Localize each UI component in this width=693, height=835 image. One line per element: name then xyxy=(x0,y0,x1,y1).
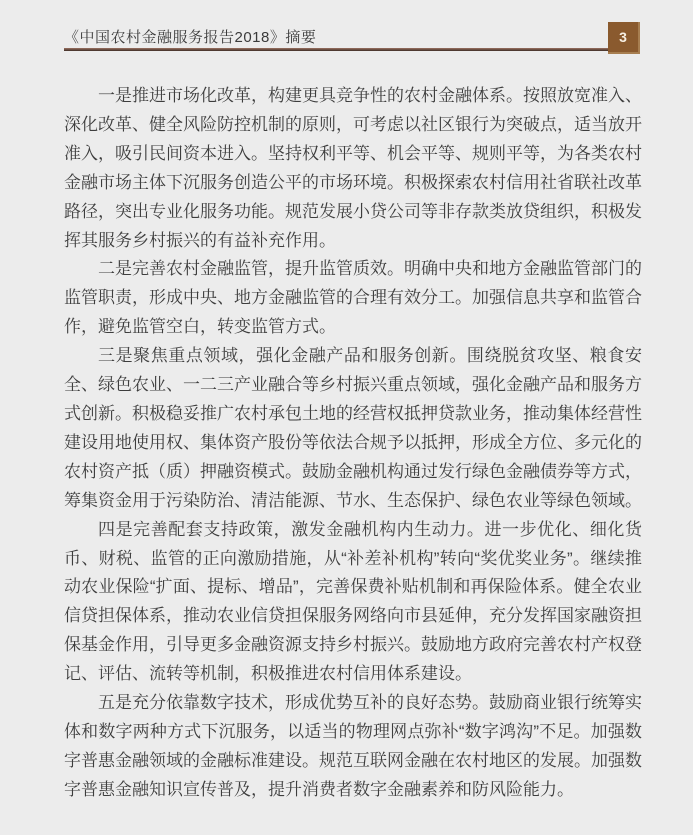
paragraph: 四是完善配套支持政策，激发金融机构内生动力。进一步优化、细化货币、财税、监管的正… xyxy=(64,516,642,689)
document-page: 《中国农村金融服务报告2018》摘要 3 一是推进市场化改革，构建更具竞争性的农… xyxy=(0,0,693,835)
paragraph: 一是推进市场化改革，构建更具竞争性的农村金融体系。按照放宽准入、深化改革、健全风… xyxy=(64,82,642,255)
paragraph: 五是充分依靠数字技术，形成优势互补的良好态势。鼓励商业银行统筹实体和数字两种方式… xyxy=(64,689,642,805)
document-body: 一是推进市场化改革，构建更具竞争性的农村金融体系。按照放宽准入、深化改革、健全风… xyxy=(64,82,642,805)
paragraph: 三是聚焦重点领域，强化金融产品和服务创新。围绕脱贫攻坚、粮食安全、绿色农业、一二… xyxy=(64,342,642,515)
paragraph: 二是完善农村金融监管，提升监管质效。明确中央和地方金融监管部门的监管职责，形成中… xyxy=(64,255,642,342)
page-number-badge: 3 xyxy=(608,22,640,54)
header-divider xyxy=(64,48,640,51)
page-header-title: 《中国农村金融服务报告2018》摘要 xyxy=(64,26,316,47)
